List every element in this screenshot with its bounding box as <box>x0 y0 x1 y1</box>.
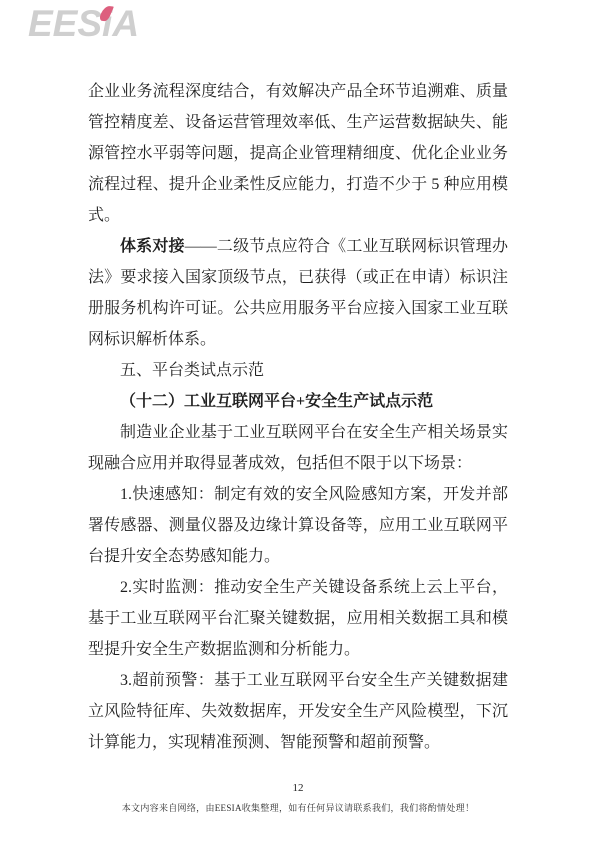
document-page: EESiA 企业业务流程深度结合，有效解决产品全环节追溯难、质量管控精度差、设备… <box>0 0 596 842</box>
subsection-heading-safety-production: （十二）工业互联网平台+安全生产试点示范 <box>88 386 508 417</box>
paragraph-lead-bold: 体系对接 <box>120 238 185 255</box>
paragraph-manufacturing-intro: 制造业企业基于工业互联网平台在安全生产相关场景实现融合应用并取得显著成效，包括但… <box>88 417 508 479</box>
paragraph-item-3-early-warning: 3.超前预警：基于工业互联网平台安全生产关键数据建立风险特征库、失效数据库，开发… <box>88 665 508 758</box>
document-body: 企业业务流程深度结合，有效解决产品全环节追溯难、质量管控精度差、设备运营管理效率… <box>88 76 508 758</box>
paragraph-item-2-realtime-monitoring: 2.实时监测：推动安全生产关键设备系统上云上平台，基于工业互联网平台汇聚关键数据… <box>88 572 508 665</box>
footer-disclaimer: 本文内容来自网络，由EESIA收集整理，如有任何异议请联系我们，我们将酌情处理！ <box>0 801 596 814</box>
eesia-logo: EESiA <box>28 4 139 48</box>
paragraph-application-modes: 企业业务流程深度结合，有效解决产品全环节追溯难、质量管控精度差、设备运营管理效率… <box>88 76 508 231</box>
paragraph-item-1-rapid-perception: 1.快速感知：制定有效的安全风险感知方案，开发并部署传感器、测量仪器及边缘计算设… <box>88 479 508 572</box>
logo-text: EESiA <box>28 3 139 44</box>
section-heading-platform-pilot: 五、平台类试点示范 <box>88 355 508 386</box>
page-number: 12 <box>0 782 596 794</box>
paragraph-system-docking: 体系对接——二级节点应符合《工业互联网标识管理办法》要求接入国家顶级节点，已获得… <box>88 231 508 355</box>
